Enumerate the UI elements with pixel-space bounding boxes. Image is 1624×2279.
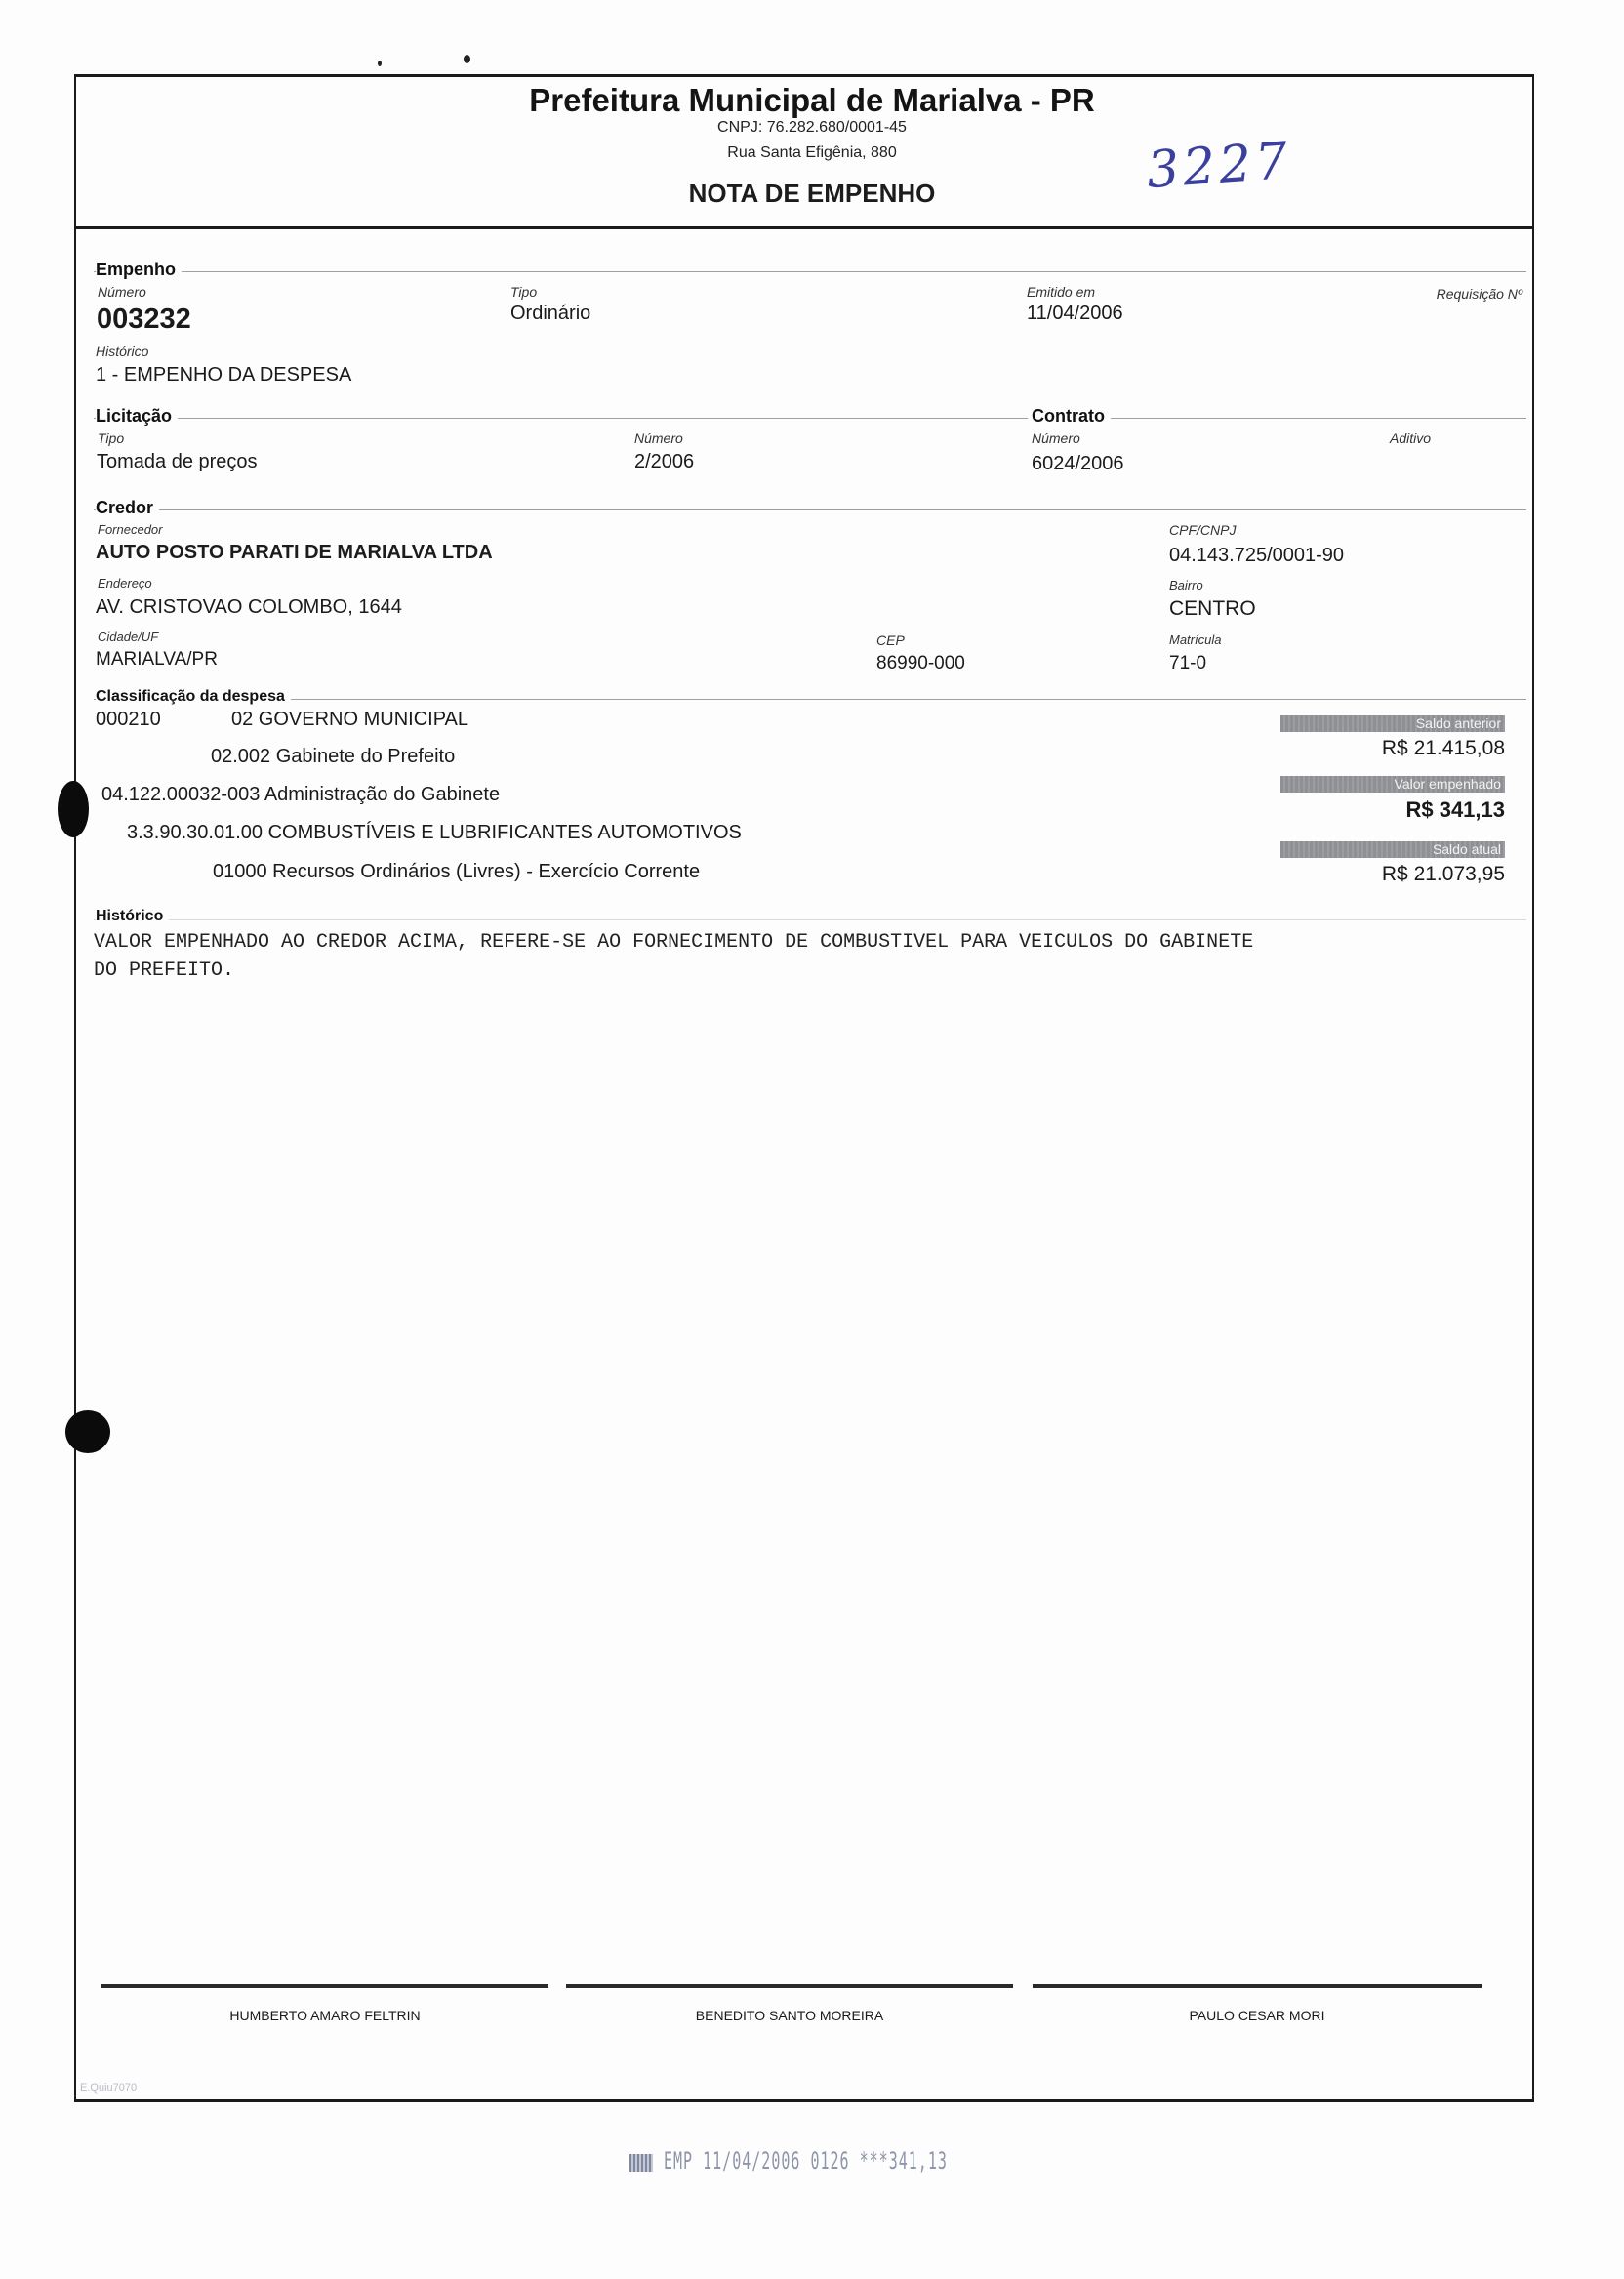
- scan-speck: [378, 61, 382, 66]
- licitacao-rule: [94, 418, 1526, 419]
- bairro: CENTRO: [1169, 597, 1256, 621]
- emitido-label: Emitido em: [1027, 284, 1095, 300]
- requisicao-label: Requisição Nº: [1405, 286, 1522, 302]
- endereco-label: Endereço: [98, 576, 152, 590]
- saldo-atual-label: Saldo atual: [1280, 841, 1505, 858]
- municipality-title: Prefeitura Municipal de Marialva - PR: [0, 82, 1624, 119]
- saldo-anterior-label: Saldo anterior: [1280, 715, 1505, 732]
- empenho-numero: 003232: [97, 304, 191, 336]
- emitido-date: 11/04/2006: [1027, 303, 1123, 325]
- cpf-cnpj-label: CPF/CNPJ: [1169, 522, 1236, 538]
- signature-line-1: [101, 1984, 548, 1988]
- saldo-anterior-value: R$ 21.415,08: [1280, 737, 1505, 760]
- empenho-numero-label: Número: [98, 284, 146, 300]
- classificacao-elemento: 3.3.90.30.01.00 COMBUSTÍVEIS E LUBRIFICA…: [127, 822, 742, 844]
- stamp-logo-icon: [629, 2154, 653, 2172]
- historico-line-2: DO PREFEITO.: [94, 959, 234, 982]
- section-licitacao: Licitação: [96, 406, 178, 427]
- saldo-atual-value: R$ 21.073,95: [1280, 863, 1505, 886]
- scan-speck: [464, 55, 470, 63]
- classificacao-orgao: 02 GOVERNO MUNICIPAL: [231, 709, 468, 731]
- empenho-tipo-label: Tipo: [510, 284, 537, 300]
- classificacao-rule: [94, 699, 1526, 700]
- municipality-address: Rua Santa Efigênia, 880: [0, 144, 1624, 162]
- valor-empenhado-label: Valor empenhado: [1280, 776, 1505, 793]
- classificacao-funcional: 04.122.00032-003 Administração do Gabine…: [101, 784, 500, 806]
- handwritten-number: 3227: [1145, 132, 1293, 200]
- empenho-historico: 1 - EMPENHO DA DESPESA: [96, 364, 351, 387]
- municipality-cnpj: CNPJ: 76.282.680/0001-45: [0, 119, 1624, 137]
- cpf-cnpj: 04.143.725/0001-90: [1169, 545, 1344, 567]
- matricula-label: Matrícula: [1169, 632, 1221, 647]
- document-title: NOTA DE EMPENHO: [0, 179, 1624, 209]
- section-historico: Histórico: [96, 908, 169, 925]
- mechanical-stamp: EMP 11/04/2006 0126 ***341,13: [664, 2147, 948, 2176]
- cep-label: CEP: [876, 632, 905, 648]
- punch-hole-icon: [58, 781, 89, 837]
- signature-name-2: BENEDITO SANTO MOREIRA: [566, 2008, 1013, 2023]
- contrato-aditivo-label: Aditivo: [1390, 430, 1431, 446]
- classificacao-recurso: 01000 Recursos Ordinários (Livres) - Exe…: [213, 861, 700, 883]
- footer-code: E.Quiu7070: [80, 2082, 137, 2094]
- empenho-tipo: Ordinário: [510, 303, 590, 325]
- contrato-numero: 6024/2006: [1032, 453, 1124, 475]
- section-contrato: Contrato: [1028, 406, 1111, 427]
- cep: 86990-000: [876, 653, 965, 674]
- empenho-historico-label: Histórico: [96, 344, 148, 359]
- classificacao-unidade: 02.002 Gabinete do Prefeito: [211, 746, 455, 768]
- section-credor: Credor: [96, 498, 159, 518]
- historico-rule: [94, 919, 1526, 920]
- licitacao-tipo-label: Tipo: [98, 430, 124, 446]
- section-classificacao: Classificação da despesa: [96, 688, 291, 706]
- cidade: MARIALVA/PR: [96, 649, 218, 671]
- credor-rule: [94, 509, 1526, 510]
- signature-line-3: [1033, 1984, 1482, 1988]
- licitacao-numero-label: Número: [634, 430, 683, 446]
- punch-hole-icon: [65, 1410, 110, 1453]
- signature-name-1: HUMBERTO AMARO FELTRIN: [101, 2008, 548, 2023]
- section-empenho: Empenho: [96, 260, 182, 280]
- contrato-numero-label: Número: [1032, 430, 1080, 446]
- historico-line-1: VALOR EMPENHADO AO CREDOR ACIMA, REFERE-…: [94, 931, 1253, 954]
- licitacao-numero: 2/2006: [634, 451, 694, 473]
- matricula: 71-0: [1169, 653, 1206, 674]
- fornecedor-label: Fornecedor: [98, 522, 162, 537]
- fornecedor-name: AUTO POSTO PARATI DE MARIALVA LTDA: [96, 542, 493, 564]
- signature-name-3: PAULO CESAR MORI: [1033, 2008, 1482, 2023]
- bairro-label: Bairro: [1169, 578, 1203, 592]
- signature-line-2: [566, 1984, 1013, 1988]
- cidade-label: Cidade/UF: [98, 630, 158, 644]
- endereco: AV. CRISTOVAO COLOMBO, 1644: [96, 596, 402, 619]
- valor-empenhado-value: R$ 341,13: [1280, 797, 1505, 823]
- classificacao-code: 000210: [96, 709, 161, 731]
- empenho-rule: [94, 271, 1526, 272]
- header-divider: [74, 226, 1534, 229]
- licitacao-tipo: Tomada de preços: [97, 451, 258, 473]
